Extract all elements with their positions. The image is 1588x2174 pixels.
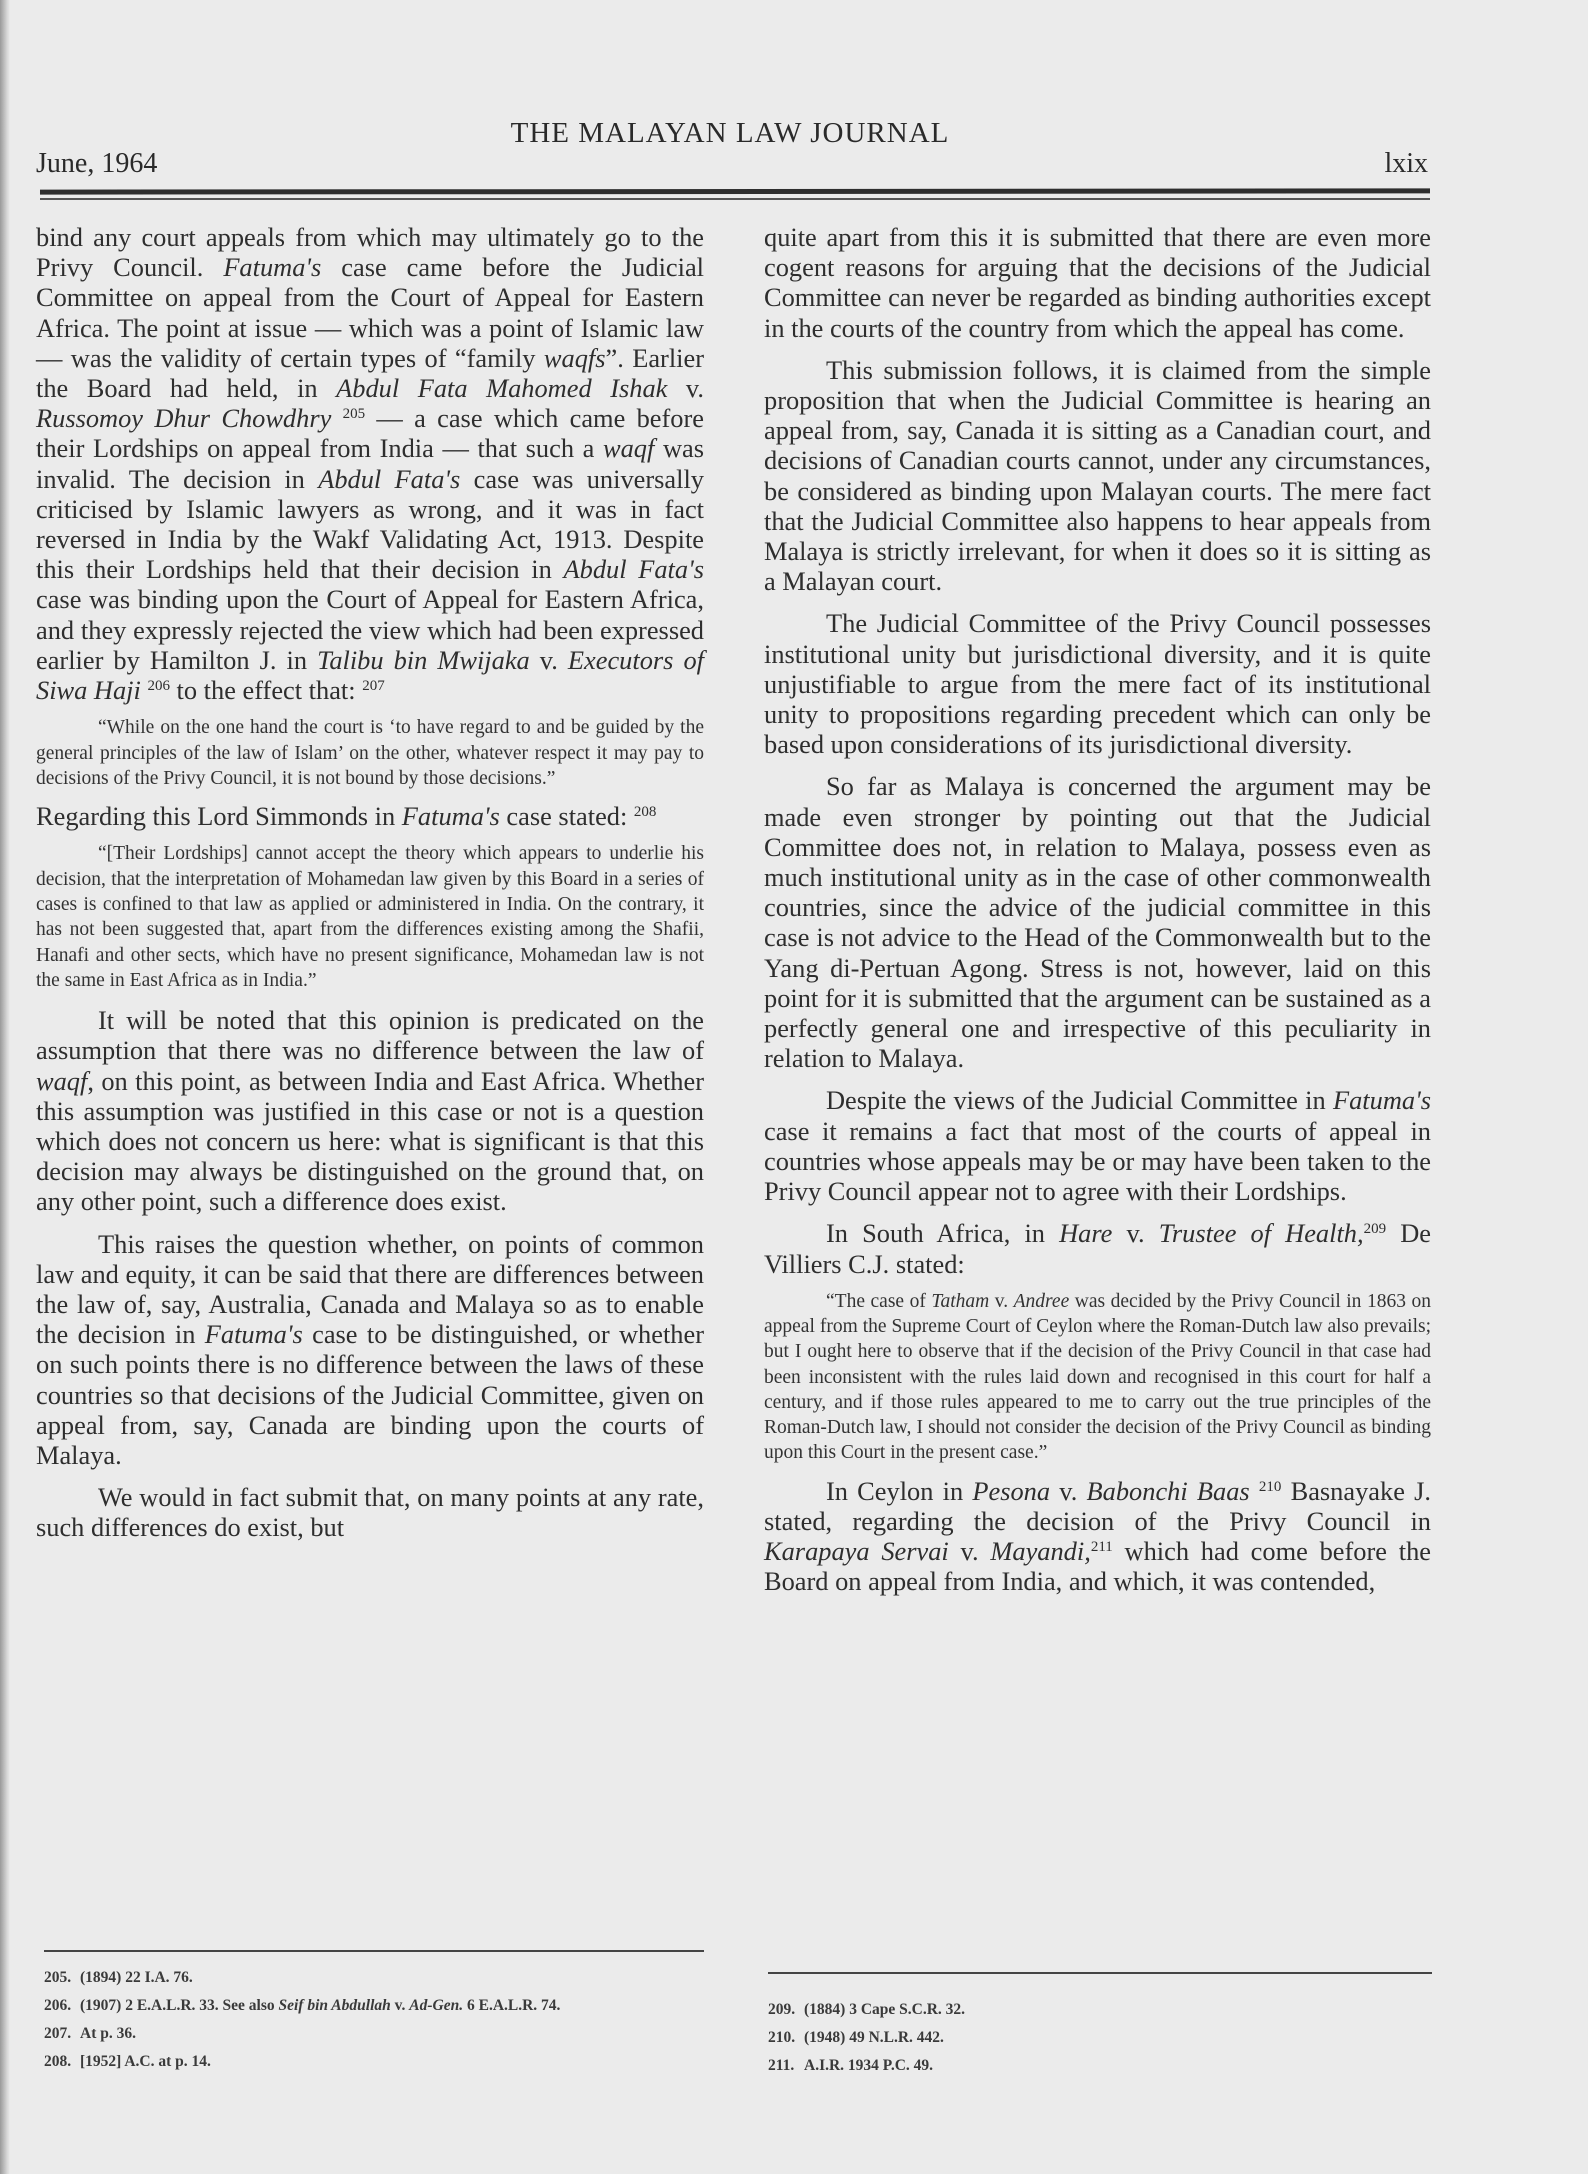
- block-quote: “The case of Tatham v. Andree was decide…: [764, 1289, 1431, 1466]
- paragraph: Despite the views of the Judicial Commit…: [764, 1085, 1431, 1206]
- paragraph: bind any court appeals from which may ul…: [36, 222, 704, 705]
- paragraph: The Judicial Committee of the Privy Coun…: [764, 608, 1431, 759]
- footnote-ref: 206: [147, 678, 170, 694]
- footnotes-right: 209. (1884) 3 Cape S.C.R. 32. 210. (1948…: [768, 1998, 1432, 2082]
- footnote: 206. (1907) 2 E.A.L.R. 33. See also Seif…: [44, 1994, 704, 2018]
- journal-title: THE MALAYAN LAW JOURNAL: [0, 117, 1460, 150]
- footnote: 208. [1952] A.C. at p. 14.: [44, 2050, 704, 2074]
- header-rule-thin: [40, 198, 1430, 200]
- paragraph: This submission follows, it is claimed f…: [764, 355, 1431, 597]
- block-quote: “While on the one hand the court is ‘to …: [36, 715, 704, 791]
- header-rule-thick: [40, 188, 1430, 194]
- footnote-rule-right: [768, 1972, 1432, 1974]
- paragraph: It will be noted that this opinion is pr…: [36, 1005, 704, 1216]
- footnote-ref: 208: [634, 804, 657, 820]
- footnote-rule-left: [44, 1950, 704, 1952]
- footnote-ref: 207: [362, 678, 385, 694]
- footnote: 209. (1884) 3 Cape S.C.R. 32.: [768, 1998, 1432, 2022]
- footnote: 210. (1948) 49 N.L.R. 442.: [768, 2026, 1432, 2050]
- paragraph: quite apart from this it is submitted th…: [764, 222, 1431, 343]
- left-column: bind any court appeals from which may ul…: [36, 222, 704, 1543]
- footnote: 207. At p. 36.: [44, 2022, 704, 2046]
- paragraph: Regarding this Lord Simmonds in Fatuma's…: [36, 801, 704, 831]
- issue-date: June, 1964: [36, 148, 157, 180]
- paragraph: In Ceylon in Pesona v. Babonchi Baas 210…: [764, 1476, 1431, 1597]
- page-number: lxix: [1384, 148, 1428, 180]
- footnote: 211. A.I.R. 1934 P.C. 49.: [768, 2054, 1432, 2078]
- block-quote: “[Their Lordships] cannot accept the the…: [36, 841, 704, 993]
- footnote-ref: 209: [1364, 1221, 1387, 1237]
- paragraph: So far as Malaya is concerned the argume…: [764, 771, 1431, 1073]
- paragraph: This raises the question whether, on poi…: [36, 1229, 704, 1471]
- footnote: 205. (1894) 22 I.A. 76.: [44, 1966, 704, 1990]
- paragraph: We would in fact submit that, on many po…: [36, 1482, 704, 1542]
- footnote-ref: 210: [1259, 1479, 1282, 1495]
- page-spine-shadow: [0, 0, 10, 2174]
- footnote-ref: 211: [1091, 1539, 1113, 1555]
- footnote-ref: 205: [343, 406, 366, 422]
- paragraph: In South Africa, in Hare v. Trustee of H…: [764, 1218, 1431, 1278]
- footnotes-left: 205. (1894) 22 I.A. 76. 206. (1907) 2 E.…: [44, 1966, 704, 2078]
- right-column: quite apart from this it is submitted th…: [764, 222, 1431, 1597]
